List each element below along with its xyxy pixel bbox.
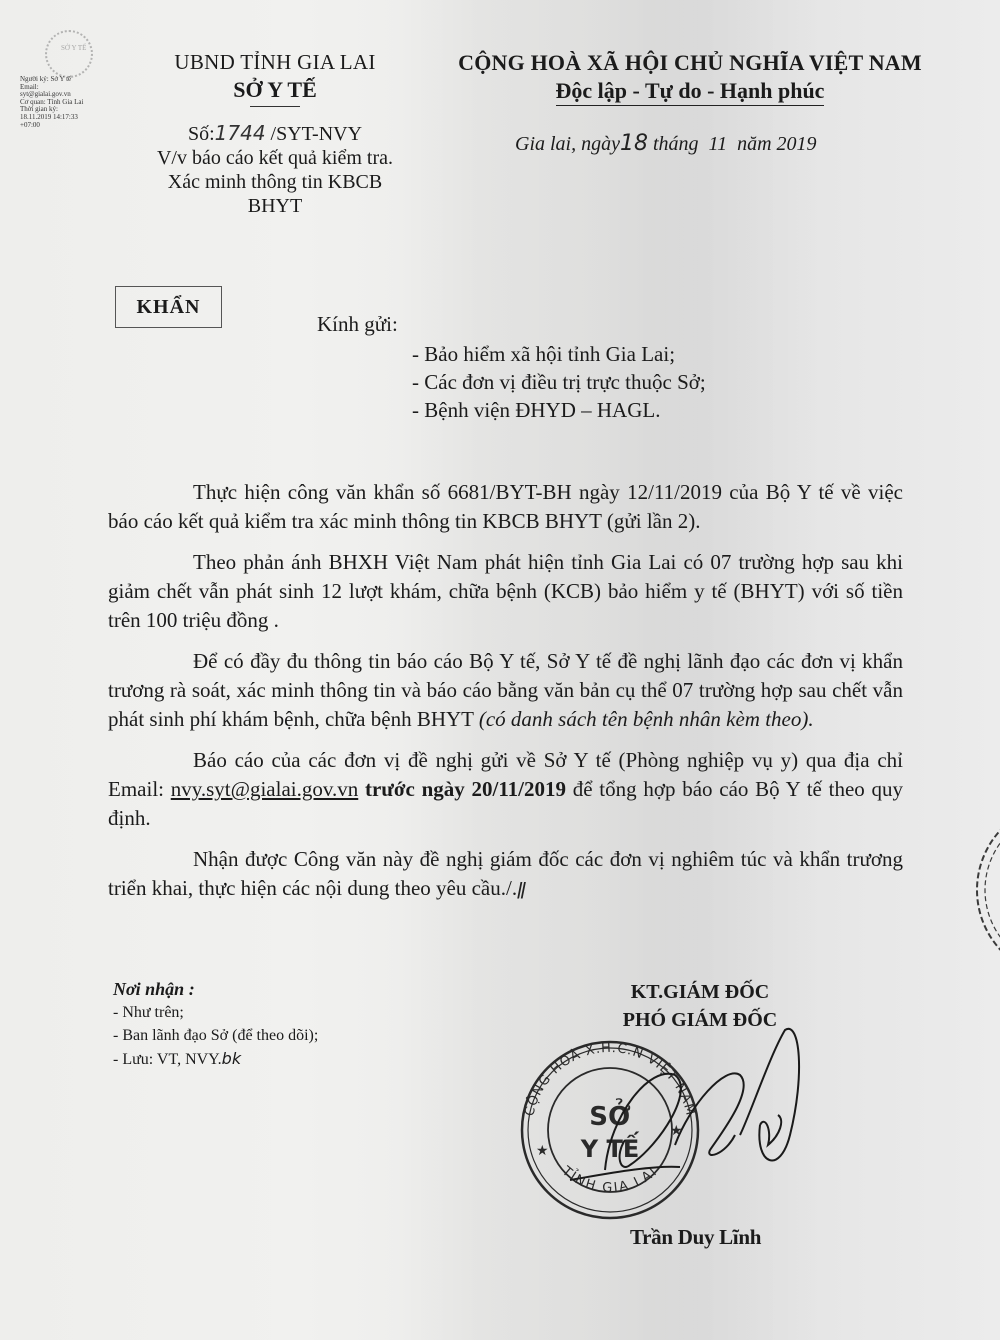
signer-name: Trần Duy Lĩnh <box>630 1225 761 1250</box>
doc-number-handwritten: 1744 <box>215 121 266 145</box>
sig-timezone: +07:00 <box>20 122 83 130</box>
body-paragraph-4: Báo cáo của các đơn vị đề nghị gửi về Sở… <box>108 746 903 833</box>
document-subject: V/v báo cáo kết quả kiểm tra. Xác minh t… <box>140 146 410 218</box>
body-paragraph-1: Thực hiện công văn khẩn số 6681/BYT-BH n… <box>108 478 903 536</box>
partial-seal-icon <box>955 790 1000 990</box>
nation-title: CỘNG HOÀ XÃ HỘI CHỦ NGHĨA VIỆT NAM <box>440 50 940 76</box>
document-page: SỞ Y TẾ Người ký: Sở Y tế Email: syt@gia… <box>0 0 1000 1340</box>
p5-text: Nhận được Công văn này đề nghị giám đốc … <box>108 847 903 900</box>
recipient-list: - Bảo hiểm xã hội tỉnh Gia Lai; - Các đơ… <box>412 340 706 424</box>
national-motto: Độc lập - Tự do - Hạnh phúc <box>556 78 825 106</box>
handwritten-initials: bk <box>222 1049 241 1068</box>
month-year: tháng 11 năm 2019 <box>648 133 817 155</box>
body-paragraph-2: Theo phản ánh BHXH Việt Nam phát hiện tỉ… <box>108 548 903 635</box>
body-paragraph-3: Để có đầy đu thông tin báo cáo Bộ Y tế, … <box>108 647 903 734</box>
deadline: trước ngày 20/11/2019 <box>358 777 566 801</box>
urgent-badge: KHẨN <box>115 286 222 328</box>
subject-line: Xác minh thông tin KBCB <box>140 170 410 194</box>
parent-agency: UBND TỈNH GIA LAI <box>140 50 410 75</box>
distribution-title: Nơi nhận : <box>113 978 318 1001</box>
digital-seal-text: SỞ Y TẾ <box>61 44 86 53</box>
distribution-item: - Như trên; <box>113 1001 318 1024</box>
seal-center-line1: SỞ <box>589 1096 631 1132</box>
distribution-item: - Lưu: VT, NVY. <box>113 1051 222 1068</box>
distribution-list: Nơi nhận : - Như trên; - Ban lãnh đạo Sở… <box>113 978 318 1071</box>
document-number: Số:1744 /SYT-NVY <box>140 121 410 146</box>
day-handwritten: 18 <box>620 131 648 156</box>
greeting: Kính gửi: <box>317 312 398 337</box>
distribution-item: - Ban lãnh đạo Sở (để theo dõi); <box>113 1024 318 1047</box>
digital-signature-info: Người ký: Sở Y tế Email: syt@gialai.gov.… <box>20 76 83 129</box>
document-body: Thực hiện công văn khẩn số 6681/BYT-BH n… <box>108 478 903 916</box>
official-seal-icon: CỘNG HOÀ X.H.C.N VIỆT NAM TỈNH GIA LAI ★… <box>510 1015 810 1245</box>
svg-text:★: ★ <box>536 1144 549 1159</box>
subject-line: BHYT <box>140 194 410 218</box>
body-paragraph-5: Nhận được Công văn này đề nghị giám đốc … <box>108 845 903 904</box>
issuing-agency-block: UBND TỈNH GIA LAI SỞ Y TẾ Số:1744 /SYT-N… <box>140 50 410 218</box>
place-and-date: Gia lai, ngày18 tháng 11 năm 2019 <box>515 131 817 156</box>
subject-line: V/v báo cáo kết quả kiểm tra. <box>140 146 410 170</box>
signer-title-line1: KT.GIÁM ĐỐC <box>590 978 810 1006</box>
digital-signature-seal-icon: SỞ Y TẾ <box>45 30 93 78</box>
handwritten-initials: ǁ <box>517 879 526 900</box>
p3-italic-note: (có danh sách tên bệnh nhân kèm theo). <box>479 707 814 731</box>
agency-underline <box>250 106 300 107</box>
agency-name: SỞ Y TẾ <box>140 77 410 103</box>
doc-number-suffix: /SYT-NVY <box>271 123 363 145</box>
recipient-item: - Bệnh viện ĐHYD – HAGL. <box>412 396 706 424</box>
recipient-item: - Các đơn vị điều trị trực thuộc Sở; <box>412 368 706 396</box>
doc-number-prefix: Số: <box>188 123 215 145</box>
email-link[interactable]: nvy.syt@gialai.gov.vn <box>171 777 359 801</box>
recipient-item: - Bảo hiểm xã hội tỉnh Gia Lai; <box>412 340 706 368</box>
place-date-prefix: Gia lai, ngày <box>515 133 620 155</box>
national-header: CỘNG HOÀ XÃ HỘI CHỦ NGHĨA VIỆT NAM Độc l… <box>440 50 940 106</box>
